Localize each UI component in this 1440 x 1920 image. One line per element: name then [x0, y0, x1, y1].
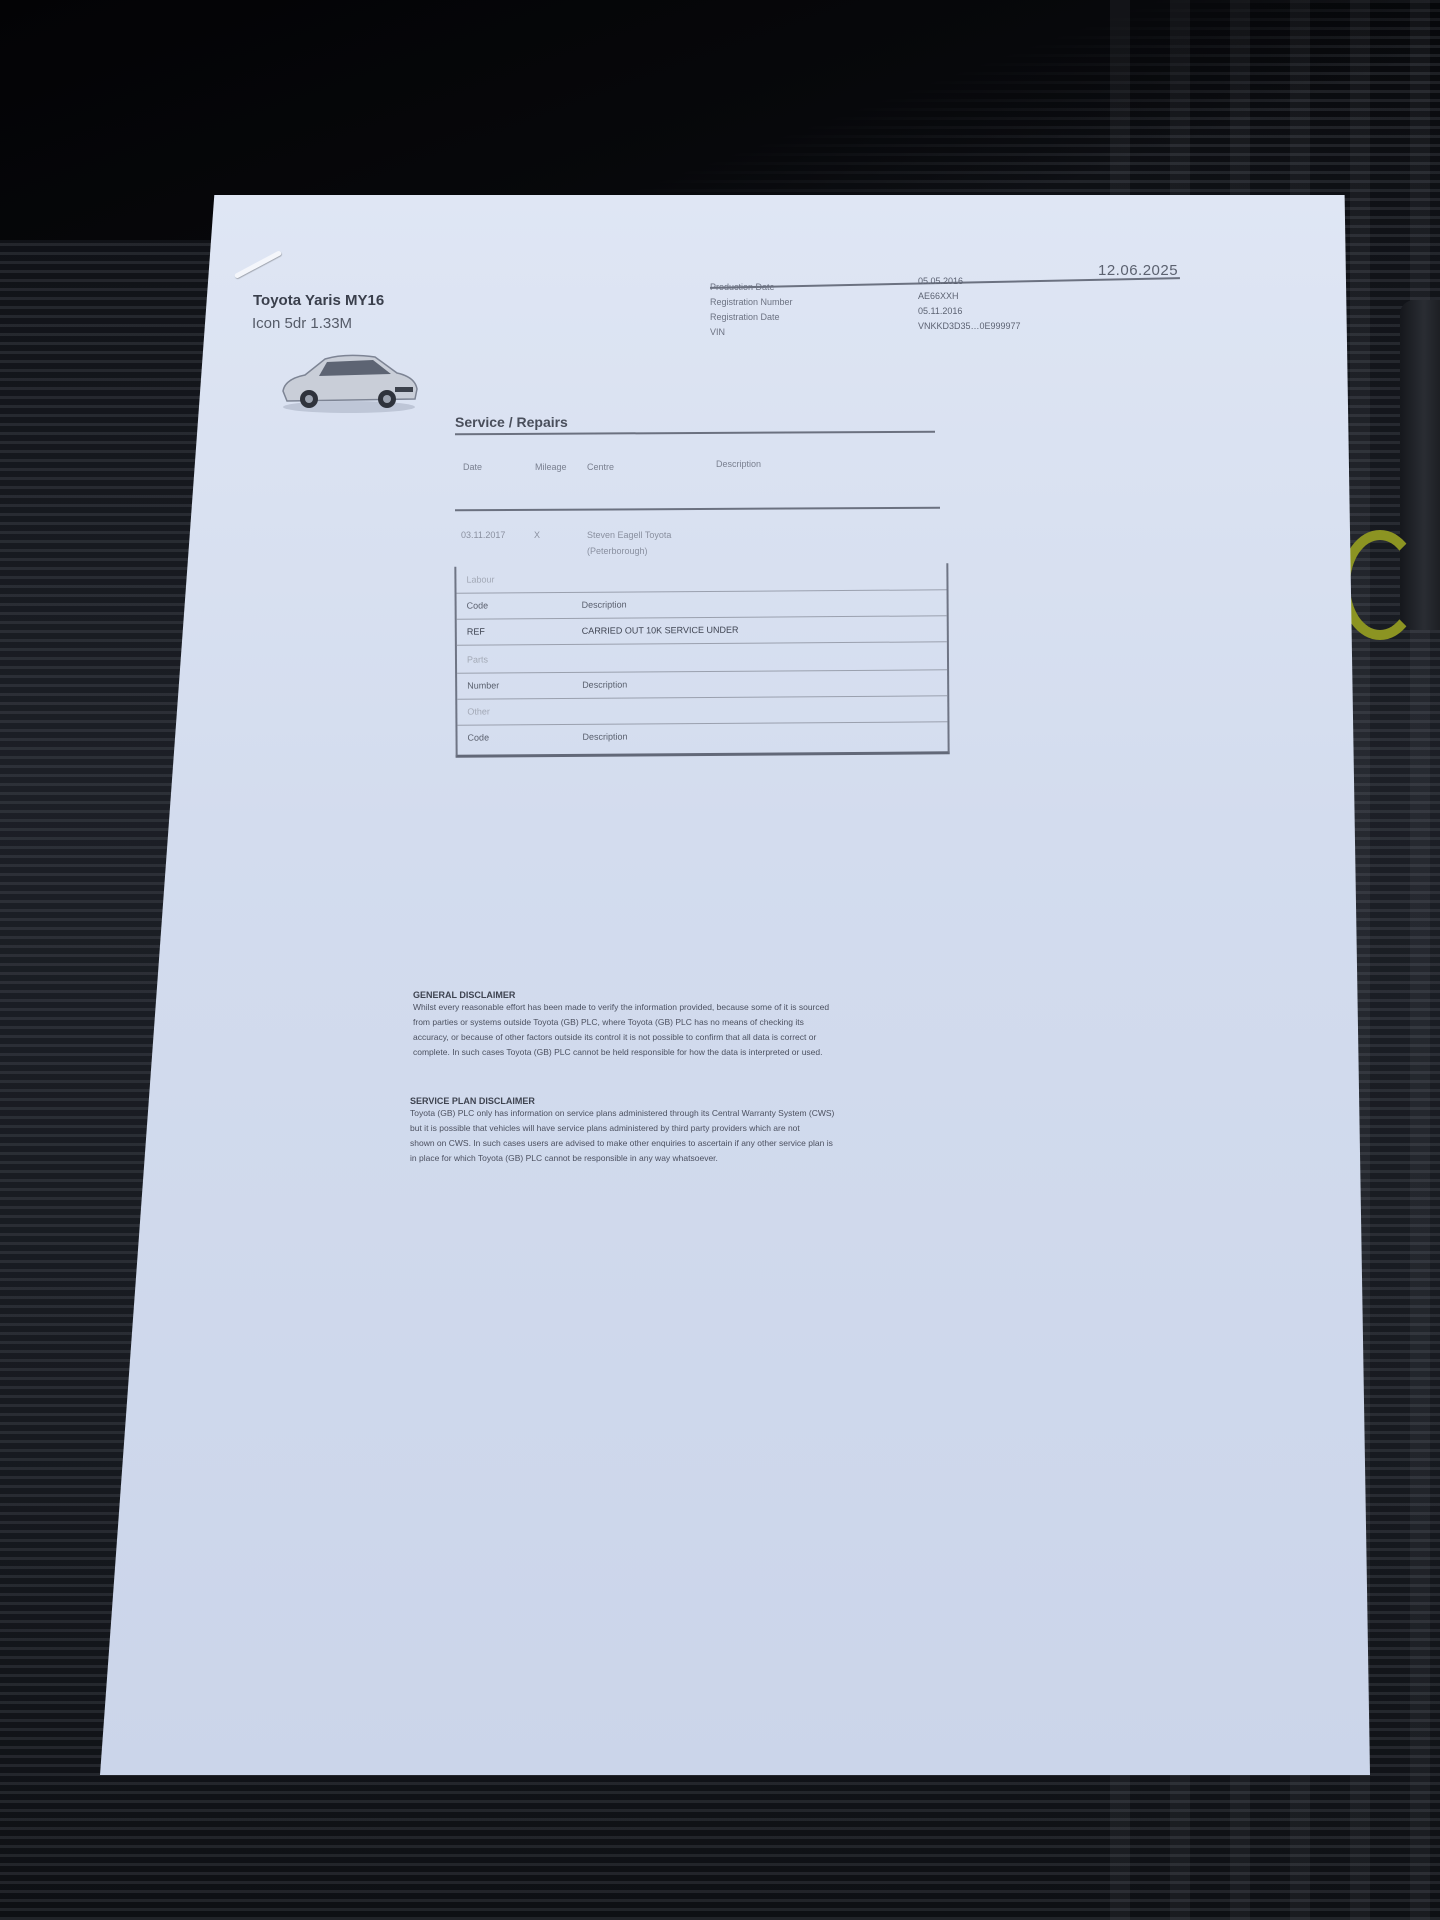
entry-date: 03.11.2017: [461, 530, 505, 540]
car-image-icon: [275, 345, 423, 415]
vehicle-subtitle: Icon 5dr 1.33M: [252, 315, 352, 332]
vehicle-info-labels: Production Date Registration Number Regi…: [710, 280, 793, 340]
section-title: Service / Repairs: [455, 414, 568, 430]
box-row-labour-data: REF CARRIED OUT 10K SERVICE UNDER: [457, 615, 947, 645]
service-detail-box: Labour Code Description REF CARRIED OUT …: [454, 563, 949, 757]
general-disclaimer-text: Whilst every reasonable effort has been …: [413, 1000, 1013, 1060]
label-production-date: Production Date: [710, 280, 793, 295]
entry-mileage: X: [534, 530, 540, 540]
box-row-other-head: Code Description: [457, 721, 947, 750]
column-centre: Centre: [587, 462, 614, 472]
value-production-date: 05.05.2016: [918, 274, 1021, 289]
service-plan-disclaimer-title: SERVICE PLAN DISCLAIMER: [410, 1096, 1010, 1106]
entry-centre-location: (Peterborough): [587, 546, 648, 556]
service-plan-disclaimer: SERVICE PLAN DISCLAIMER Toyota (GB) PLC …: [410, 1096, 1010, 1166]
value-registration-number: AE66XXH: [918, 289, 1021, 304]
entry-centre: Steven Eagell Toyota: [587, 530, 671, 540]
general-disclaimer: GENERAL DISCLAIMER Whilst every reasonab…: [413, 990, 1013, 1060]
vehicle-title: Toyota Yaris MY16: [253, 292, 384, 309]
column-mileage: Mileage: [535, 462, 567, 472]
column-date: Date: [463, 462, 482, 472]
label-vin: VIN: [710, 325, 793, 340]
column-description: Description: [716, 459, 761, 469]
vehicle-info-values: 05.05.2016 AE66XXH 05.11.2016 VNKKD3D35……: [918, 274, 1021, 334]
label-registration-number: Registration Number: [710, 295, 793, 310]
label-registration-date: Registration Date: [710, 310, 793, 325]
buckle-ring: [1340, 530, 1420, 640]
value-vin: VNKKD3D35…0E999977: [918, 319, 1021, 334]
value-registration-date: 05.11.2016: [918, 304, 1021, 319]
general-disclaimer-title: GENERAL DISCLAIMER: [413, 990, 1013, 1000]
service-plan-disclaimer-text: Toyota (GB) PLC only has information on …: [410, 1106, 1010, 1166]
